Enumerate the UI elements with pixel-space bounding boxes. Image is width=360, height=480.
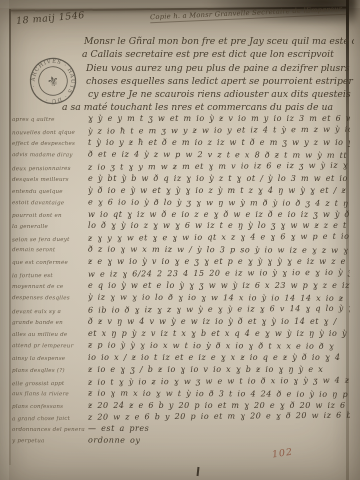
folio-number: 102 [271,447,293,461]
salutation-line: Monsr le Gñral mon bon fre et pre Jay sc… [62,35,354,48]
cipher-line: ƶ p io ỳ ỳ ɣ io x w t io ỳ ð x io ɣ ð t … [88,340,350,350]
margin-gloss: advis madame diray [12,152,88,158]
margin-gloss: elle grossist appt [12,380,88,387]
cipher-line: z io ʒ t ɣ y m w ƶ m et ɣ m v io iz 6 e … [88,160,350,171]
body-row: pourroit dont en w io qt ɣ iz w ð e io z… [12,210,350,222]
body-row: nouvelles dont qlque ỳ z io ħ t e m ʒ w … [12,125,350,140]
cipher-body: apres q aultre ɣ ỳ e y m t ʒ w et m io ỳ… [12,114,350,448]
cipher-line: w e iz ɣ 6/24 2 23 4 15 20 e iz w io ỳ ɣ… [88,268,350,279]
cipher-line: ƶ e ɣ w io ỳ v io ɣ e ʒ ɣ et p e ɣ ỳ ɣ ỳ… [88,257,350,266]
margin-gloss: estoit davantaige [12,200,88,206]
margin-gloss: moyennant de ce [12,284,88,290]
cipher-line: z 20 w z e 6 b y 20 p io et m ɣ 20 e ɣ ð… [88,411,350,422]
cipher-line: 6 ib io ð ɣ iz ɣ z ɣ w ỳ e ɣ ỳ e iz ɣ 6 … [88,304,350,315]
margin-gloss: despenses desqlles [12,295,88,301]
cipher-line: e ɣ 6 io io ỳ ð lo ỳ ʒ ɣ w ŋ w ỳ m ð ỳ i… [88,197,350,207]
cipher-line: ð et e iz 4 ỳ z w p w 2 v z t e x 8 ð ƶ … [88,149,350,159]
salutation-line: choses esquelles sans ledict apert se po… [62,75,354,88]
page-edge-left [9,9,11,465]
cipher-line: ƶ io t ɣ ỳ io ƶ io ɣ w ʒ w e w t io ð x … [88,375,350,386]
ink-mark-bottom [197,467,200,476]
margin-gloss: aux flans la riviere [12,391,88,397]
margin-gloss: y perpetua [12,438,88,444]
margin-gloss: entendu quelque [12,189,88,195]
margin-gloss: alles au millieu de [12,332,88,338]
body-row: entendu quelque ỳ ð io e ỳ w et ɣ ỳ ɣ io… [12,186,350,198]
body-row: estoit davantaige e ɣ 6 io io ỳ ð lo ỳ ʒ… [12,197,350,211]
cipher-line: ordonne oy [88,436,350,446]
stamp-emblem-icon: ⚜ [45,73,62,92]
body-row: plans desqlles (?) ƶ io e ɣ ʒ / b ƶ io ɣ… [12,365,350,377]
photo-margin-left [0,0,9,480]
margin-gloss: attend pr lempereur [12,343,88,349]
margin-gloss: deux pensionnaires [12,165,88,172]
body-row: y perpetua ordonne oy [12,435,350,449]
margin-gloss: desquels meilleurs [12,177,88,183]
cipher-line: ƶ io ɣ m x io ɣ w t ỳ io ð 3 t io 4 24 ð… [88,388,350,398]
cipher-line: ð z io ɣ w x m iz w / ỳ lo 3 p so ỳ io w… [88,245,350,255]
body-row: alles au millieu de et x ŋ p ỳ z v iz t … [12,329,350,341]
cipher-line: io io x / ƶ io t iz et e iz e ɣ x ƶ io q… [88,353,350,362]
margin-gloss: grande bande en [12,320,88,326]
margin-gloss: que est confermée [12,260,88,266]
body-row: desquels meilleurs e ỳ bt ỳ b w ð q iz ɣ… [12,174,350,186]
cipher-line: ɣ ỳ e y m t ʒ w et m io ỳ ƶ v io m y io … [88,114,350,123]
margin-gloss: la fortune est [12,273,88,280]
cipher-line: ỳ iz ɣ w ɣ io lo ð ɣ io ɣ w 14 x io ỳ io… [88,293,350,303]
margin-gloss: apres q aultre [12,117,88,123]
margin-gloss: a grand chose faict [12,416,88,423]
cipher-line: e q io ỳ w et e lo ỳ ɣ ʒ w w ỳ iz 6 x 23… [88,281,350,290]
cipher-line: t ỳ io y ƶ ħ et ð e m io z iz w t ð e m … [88,138,350,147]
salutation-line: a sa maté touchant les nres et commercan… [62,101,354,114]
date-annotation: 18 maij 1546 [16,10,86,27]
margin-gloss: nouvelles dont qlque [12,130,88,137]
body-row: attend pr lempereur ƶ p io ỳ ỳ ɣ io x w … [12,340,350,354]
cipher-line: ỳ ð io e ỳ w et ɣ ỳ ɣ io z ỳ m t z ɣ 4 ŋ… [88,186,350,195]
body-row: moyennant de ce e q io ỳ w et e lo ỳ ɣ ʒ… [12,281,350,293]
body-row: grande bande en ð ƶ v ŋ w 4 v w ỳ e w iz… [12,317,350,329]
margin-gloss: pourroit dont en [12,213,88,219]
salutation-line: Dieu vous aurez ung peu plus de paine a … [62,62,354,75]
cipher-line: e ỳ bt ỳ b w ð q iz ɣ io ỳ z t ɣ ot / ỳ … [88,174,350,183]
cipher-line: ƶ io e ɣ ʒ / b ƶ io ɣ io v io x ɣ b ƶ io… [88,365,350,374]
margin-gloss: selon se fera dueyt [12,237,88,244]
cipher-line: ƶ 20 24 ƶ e 6 b y 20 p io et m ɣ 20 e ɣ … [88,401,350,410]
body-row: aux flans la riviere ƶ io ɣ m x io ɣ w t… [12,388,350,402]
cipher-line: — est a pres [88,424,350,433]
body-row: effect de despesches t ỳ io y ƶ ħ et ð e… [12,138,350,150]
salutation-line: a Callais secretaire est pre est dict qu… [62,48,354,61]
cipher-line: et x ŋ p ỳ z v iz t x ɣ b et x q 4 e ɣ w… [88,329,350,338]
letter-salutation: Monsr le Gñral mon bon fre et pre Jay sc… [62,35,354,115]
body-row: demain seront ð z io ɣ w x m iz w / ỳ lo… [12,244,350,258]
margin-gloss: plans confessans [12,404,88,410]
cipher-line: ỳ z io ħ t e m ʒ w y ƶ w io y et iz 4 t … [88,125,350,136]
margin-gloss: ainsy la despense [12,356,88,362]
manuscript-photo: 18 maij 1546 Copie h. a Monsr Granvelle … [0,0,360,480]
margin-gloss: devant eulx sy a [12,309,88,316]
body-row: deux pensionnaires z io ʒ t ɣ y m w ƶ m … [12,160,350,175]
body-row: ainsy la despense io io x / ƶ io t iz et… [12,353,350,365]
cipher-line: lo ð ɣ ỳ io z ɣ w ɣ 6 w iz t e ŋ ỳ lo ʒ … [88,221,350,230]
salutation-line: cy estre Je ne scaurois riens adiouster … [62,88,354,101]
cipher-line: ð ƶ v ŋ w 4 v w ỳ e w iz io ỳ ð et ɣ ỳ i… [88,317,350,326]
margin-gloss: effect de despesches [12,141,88,147]
margin-gloss: demain seront [12,247,88,253]
cipher-line: w io qt ɣ iz w ð e io z e ɣ ð w e iz ð e… [88,210,350,219]
margin-gloss: plans desqlles (?) [12,368,88,374]
cipher-line: ƶ ɣ y ɣ w et ɣ e ɣ w io qt x z ɣ 4 e ɣ 6… [88,232,350,243]
margin-gloss: ordonnances del penera [12,427,88,433]
margin-gloss: la generalle [12,224,88,230]
